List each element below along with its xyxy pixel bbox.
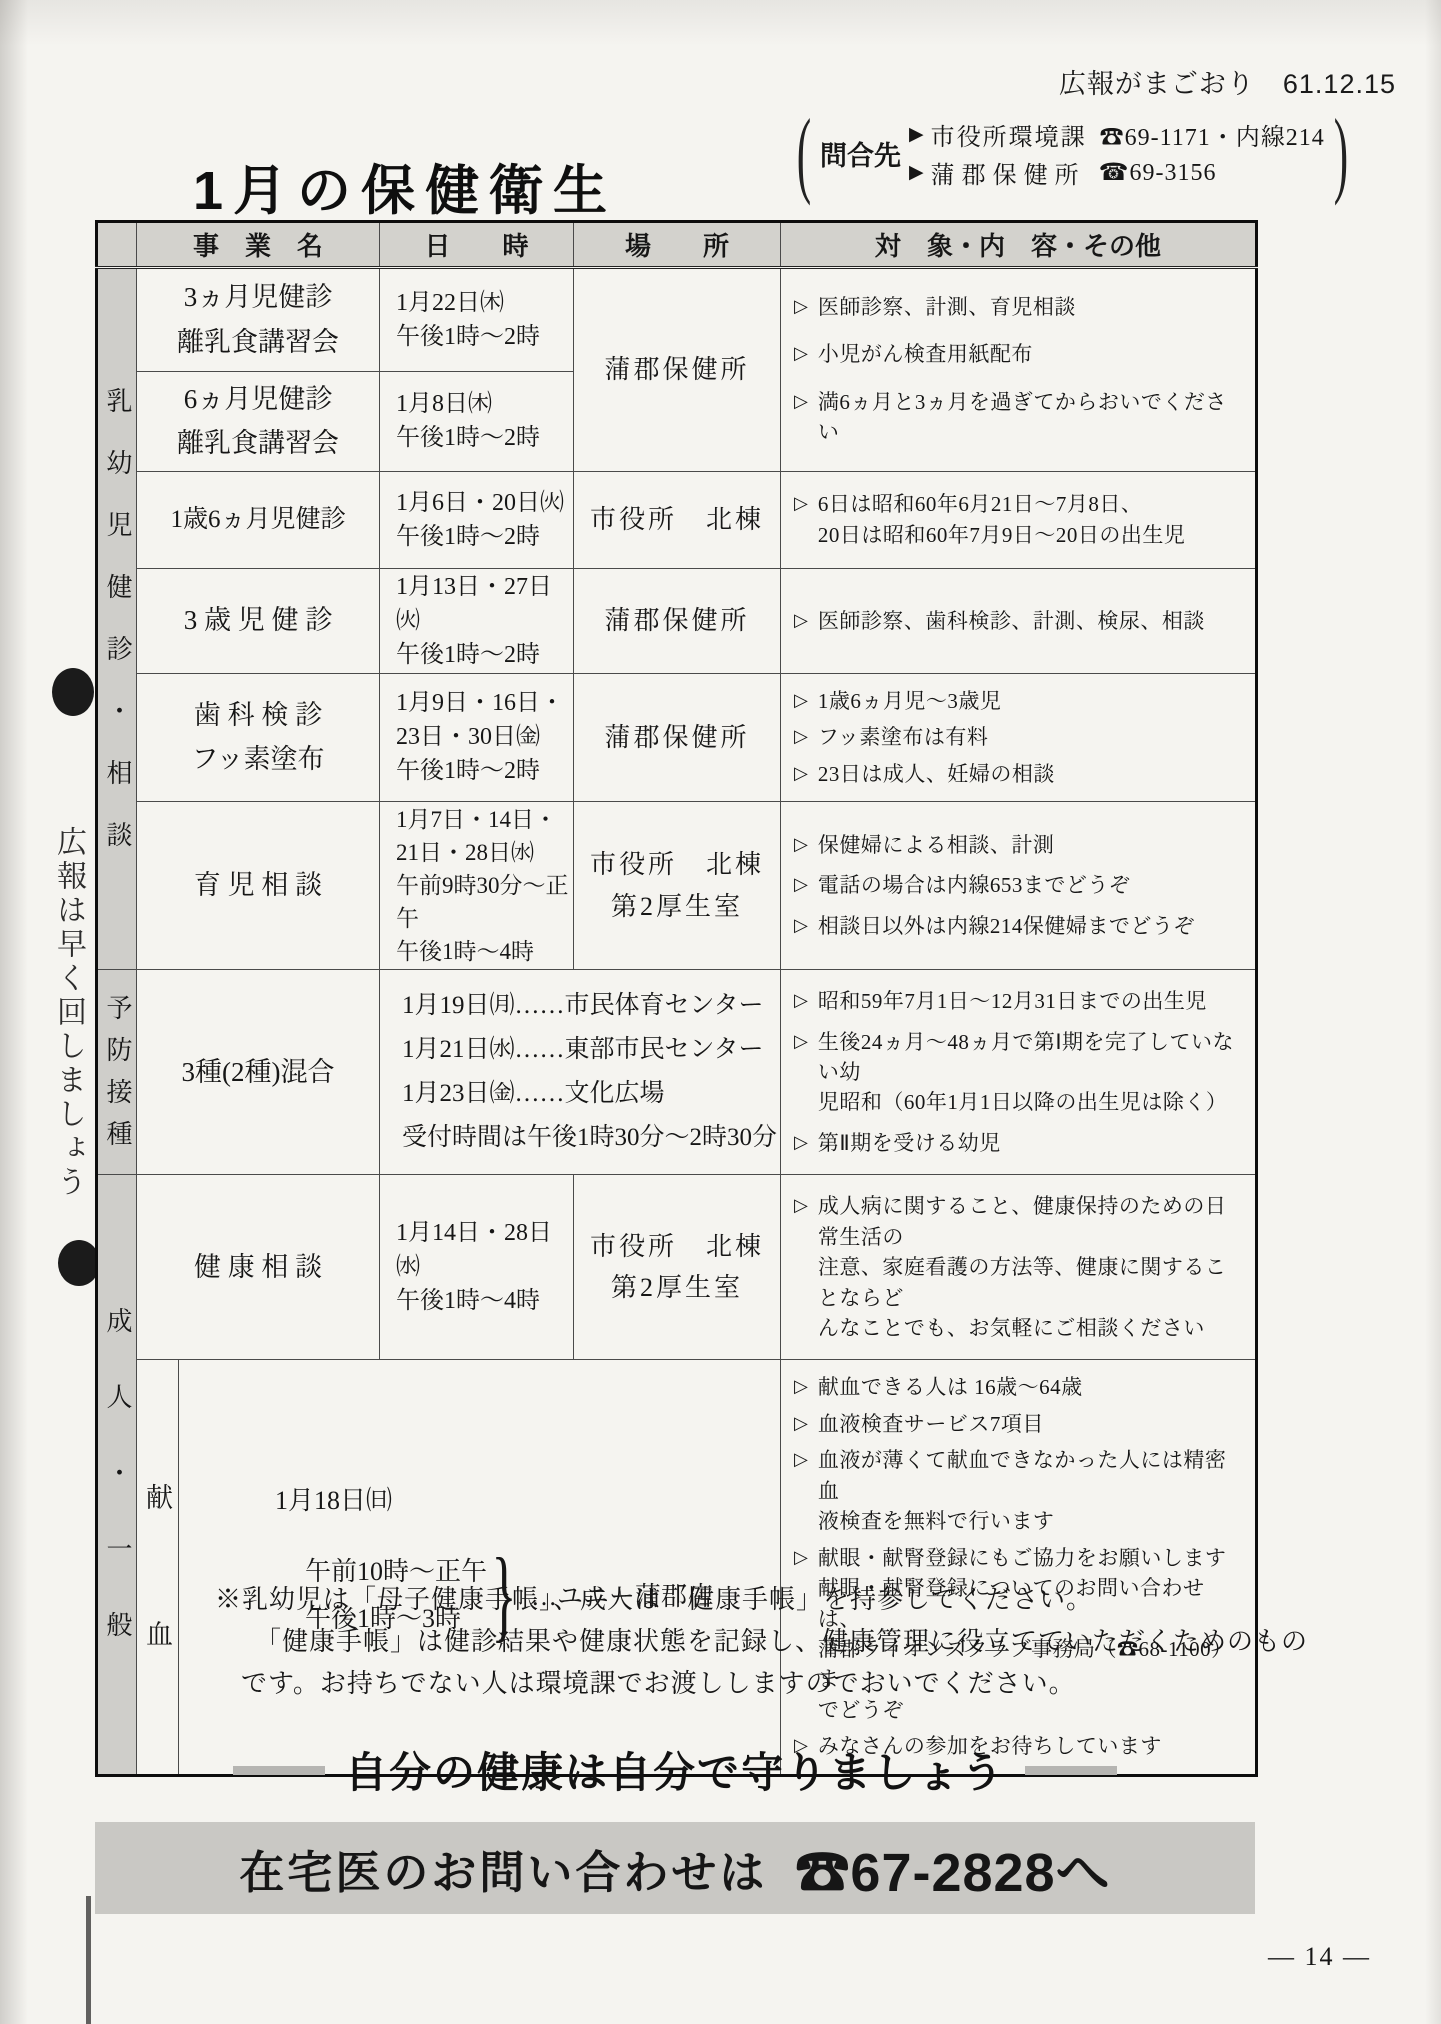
program-place: 蒲郡保健所 <box>574 673 781 801</box>
content-item: ▷ 満6ヵ月と3ヵ月を過ぎてからおいでください <box>794 387 1247 448</box>
program-content: ▷ 医師診察、計測、育児相談 ▷ 小児がん検査用紙配布 ▷ 満6ヵ月と3ヵ月を過… <box>781 268 1257 472</box>
table-row: 成人・一般 健 康 相 談 1月14日・28日㈬ 午後1時〜4時 市役所 北棟 … <box>97 1175 1257 1360</box>
triangle-bullet-icon: ▷ <box>794 1128 808 1157</box>
arrow-icon: ▶ <box>909 123 924 146</box>
program-content: ▷ 献血できる人は 16歳〜64歳 ▷ 血液検査サービス7項目 ▷ 血液が薄くて… <box>781 1360 1257 1775</box>
page-title: 1月の保健衛生 <box>193 148 617 225</box>
content-item: ▷ 献血できる人は 16歳〜64歳 <box>794 1372 1247 1402</box>
arrow-icon: ▶ <box>909 161 924 184</box>
column-header-category <box>97 222 137 268</box>
content-item: ▷ 血液検査サービス7項目 <box>794 1409 1247 1439</box>
contact-label: 問合先 <box>820 134 901 173</box>
contact-line-city-hall: ▶ 市役所環境課 ☎69-1171・内線214 <box>909 117 1325 152</box>
content-item: ▷ 生後24ヵ月〜48ヵ月で第Ⅰ期を完了していない幼 児昭和（60年1月1日以降… <box>794 1027 1247 1118</box>
triangle-bullet-icon: ▷ <box>794 1372 808 1401</box>
program-datetime: 1月7日・14日・ 21日・28日㈬ 午前9時30分〜正午 午後1時〜4時 <box>380 802 574 970</box>
program-place: 市役所 北棟 <box>574 471 781 568</box>
column-header-place: 場 所 <box>574 222 781 268</box>
column-header-datetime: 日 時 <box>380 222 574 268</box>
punch-hole-dot <box>52 668 94 716</box>
category-cell-vaccination: 予防接種 <box>97 970 137 1175</box>
category-label: 成人・一般 <box>99 1307 136 1687</box>
program-name: 3種(2種)混合 <box>137 970 380 1175</box>
triangle-bullet-icon: ▷ <box>794 292 808 321</box>
table-row: 育 児 相 談 1月7日・14日・ 21日・28日㈬ 午前9時30分〜正午 午後… <box>97 802 1257 970</box>
category-label: 乳幼児健診・相談 <box>99 387 136 883</box>
program-place: 蒲郡保健所 <box>574 568 781 673</box>
table-row: 1歳6ヵ月児健診 1月6日・20日㈫ 午後1時〜2時 市役所 北棟 ▷ 6日は昭… <box>97 471 1257 568</box>
table-row: 歯 科 検 診 フッ素塗布 1月9日・16日・ 23日・30日㈮ 午後1時〜2時… <box>97 673 1257 801</box>
category-cell-blood-donation: 献血 <box>137 1360 179 1775</box>
triangle-bullet-icon: ▷ <box>794 1191 808 1220</box>
program-datetime: 1月9日・16日・ 23日・30日㈮ 午後1時〜2時 <box>380 673 574 801</box>
triangle-bullet-icon: ▷ <box>794 387 808 416</box>
slogan-text: 自分の健康は自分で守りましょう <box>345 1740 1005 1800</box>
column-header-content: 対 象・内 容・その他 <box>781 222 1257 268</box>
content-item: ▷ 第Ⅱ期を受ける幼児 <box>794 1128 1247 1158</box>
triangle-bullet-icon: ▷ <box>794 722 808 751</box>
header-date: 広報がまごおり 61.12.15 <box>1000 62 1396 101</box>
program-content: ▷ 成人病に関すること、健康保持のための日常生活の 注意、家庭看護の方法等、健康… <box>781 1175 1257 1360</box>
content-item: ▷ 電話の場合は内線653までどうぞ <box>794 870 1247 900</box>
program-content: ▷ 昭和59年7月1日〜12月31日までの出生児 ▷ 生後24ヵ月〜48ヵ月で第… <box>781 970 1257 1175</box>
program-name: 育 児 相 談 <box>137 802 380 970</box>
content-item: ▷ フッ素塗布は有料 <box>794 722 1247 752</box>
table-row: 献血 1月18日㈰ 午前10時〜正午 午後1時〜3時 } …ユニー蒲郡店 <box>97 1360 1257 1775</box>
contact-phone: ☎69-3156 <box>1099 158 1217 187</box>
content-item: ▷ 血液が薄くて献血できなかった人には精密血 液検査を無料で行います <box>794 1445 1247 1536</box>
program-datetime: 1月6日・20日㈫ 午後1時〜2時 <box>380 471 574 568</box>
category-cell-adult: 成人・一般 <box>97 1175 137 1775</box>
program-name: 歯 科 検 診 フッ素塗布 <box>137 673 380 801</box>
program-name: 3ヵ月児健診 離乳食講習会 <box>137 268 380 372</box>
program-content: ▷ 保健婦による相談、計測 ▷ 電話の場合は内線653までどうぞ ▷ 相談日以外… <box>781 802 1257 970</box>
program-name: 6ヵ月児健診 離乳食講習会 <box>137 371 380 471</box>
program-content: ▷ 6日は昭和60年6月21日〜7月8日、 20日は昭和60年7月9日〜20日の… <box>781 471 1257 568</box>
contact-name: 蒲郡保健所 <box>931 155 1086 190</box>
close-paren: ) <box>1333 110 1347 196</box>
content-item: ▷ 23日は成人、妊婦の相談 <box>794 759 1247 789</box>
program-name: 3 歳 児 健 診 <box>137 568 380 673</box>
side-note-vertical: 広報は早く回しましょう <box>46 826 90 1200</box>
content-item: ▷ 1歳6ヵ月児〜3歳児 <box>794 686 1247 716</box>
table-row: 乳幼児健診・相談 3ヵ月児健診 離乳食講習会 1月22日㈭ 午後1時〜2時 蒲郡… <box>97 268 1257 372</box>
content-item: ▷ 成人病に関すること、健康保持のための日常生活の 注意、家庭看護の方法等、健康… <box>794 1191 1247 1343</box>
triangle-bullet-icon: ▷ <box>794 1543 808 1572</box>
triangle-bullet-icon: ▷ <box>794 870 808 899</box>
category-cell-infant: 乳幼児健診・相談 <box>97 268 137 970</box>
blood-donation-schedule: 1月18日㈰ 午前10時〜正午 午後1時〜3時 } …ユニー蒲郡店 <box>179 1360 781 1775</box>
program-place: 市役所 北棟 第2厚生室 <box>574 1175 781 1360</box>
content-item: ▷ 相談日以外は内線214保健婦までどうぞ <box>794 911 1247 941</box>
program-datetime: 1月22日㈭ 午後1時〜2時 <box>380 268 574 372</box>
program-datetime-place: 1月19日㈪……市民体育センター 1月21日㈬……東部市民センター 1月23日㈮… <box>380 970 781 1175</box>
category-label: 予防接種 <box>99 994 136 1162</box>
table-header-row: 事 業 名 日 時 場 所 対 象・内 容・その他 <box>97 222 1257 268</box>
triangle-bullet-icon: ▷ <box>794 1027 808 1056</box>
program-name: 健 康 相 談 <box>137 1175 380 1360</box>
blood-donation-date: 1月18日㈰ <box>275 1480 779 1517</box>
footnote-line: です。お持ちでない人は環境課でお渡ししますのでおいでください。 <box>215 1662 1315 1704</box>
program-place: 市役所 北棟 第2厚生室 <box>574 802 781 970</box>
program-name: 1歳6ヵ月児健診 <box>137 471 380 568</box>
category-label: 献血 <box>138 1483 177 1757</box>
content-item: ▷ 保健婦による相談、計測 <box>794 830 1247 860</box>
content-item: ▷ 6日は昭和60年6月21日〜7月8日、 20日は昭和60年7月9日〜20日の… <box>794 489 1247 550</box>
footnote-line: 「健康手帳」は健診結果や健康状態を記録し、健康管理に役立てていただくためのもの <box>215 1620 1315 1662</box>
triangle-bullet-icon: ▷ <box>794 1445 808 1474</box>
banner-text: 在宅医のお問い合わせは <box>239 1836 767 1901</box>
program-content: ▷ 1歳6ヵ月児〜3歳児 ▷ フッ素塗布は有料 ▷ 23日は成人、妊婦の相談 <box>781 673 1257 801</box>
program-datetime: 1月13日・27日㈫ 午後1時〜2時 <box>380 568 574 673</box>
triangle-bullet-icon: ▷ <box>794 759 808 788</box>
content-item: ▷ 小児がん検査用紙配布 <box>794 339 1247 369</box>
phone-banner: 在宅医のお問い合わせは ☎67-2828へ <box>95 1822 1255 1914</box>
content-item: ▷ 医師診察、計測、育児相談 <box>794 292 1247 322</box>
contact-lines: ▶ 市役所環境課 ☎69-1171・内線214 ▶ 蒲郡保健所 ☎69-3156 <box>909 117 1325 190</box>
program-content: ▷ 医師診察、歯科検診、計測、検尿、相談 <box>781 568 1257 673</box>
program-datetime: 1月8日㈭ 午後1時〜2時 <box>380 371 574 471</box>
content-item: ▷ 昭和59年7月1日〜12月31日までの出生児 <box>794 986 1247 1016</box>
content-item: ▷ 医師診察、歯科検診、計測、検尿、相談 <box>794 606 1247 636</box>
program-datetime: 1月14日・28日㈬ 午後1時〜4時 <box>380 1175 574 1360</box>
footnote-line: ※乳幼児は「母子健康手帳」、成人は「健康手帳」を持参してください。 <box>215 1578 1315 1620</box>
triangle-bullet-icon: ▷ <box>794 830 808 859</box>
banner-phone-number: ☎67-2828へ <box>795 1830 1110 1907</box>
column-header-program: 事 業 名 <box>137 222 380 268</box>
table-row: 3 歳 児 健 診 1月13日・27日㈫ 午後1時〜2時 蒲郡保健所 ▷ 医師診… <box>97 568 1257 673</box>
slogan-right-bar <box>1025 1766 1117 1775</box>
contact-line-health-center: ▶ 蒲郡保健所 ☎69-3156 <box>909 155 1325 190</box>
open-paren: ( <box>797 110 811 196</box>
contact-name: 市役所環境課 <box>931 117 1087 152</box>
triangle-bullet-icon: ▷ <box>794 339 808 368</box>
contact-box: ( 問合先 ▶ 市役所環境課 ☎69-1171・内線214 ▶ 蒲郡保健所 ☎6… <box>788 110 1357 196</box>
footnotes: ※乳幼児は「母子健康手帳」、成人は「健康手帳」を持参してください。 「健康手帳」… <box>215 1578 1315 1704</box>
page-edge-shadow <box>86 1896 91 2024</box>
contact-phone: ☎69-1171・内線214 <box>1100 117 1325 152</box>
table-row: 予防接種 3種(2種)混合 1月19日㈪……市民体育センター 1月21日㈬……東… <box>97 970 1257 1175</box>
triangle-bullet-icon: ▷ <box>794 986 808 1015</box>
triangle-bullet-icon: ▷ <box>794 686 808 715</box>
triangle-bullet-icon: ▷ <box>794 911 808 940</box>
health-schedule-table: 事 業 名 日 時 場 所 対 象・内 容・その他 乳幼児健診・相談 3ヵ月児健… <box>95 220 1258 1777</box>
program-place: 蒲郡保健所 <box>574 268 781 472</box>
page-number: — 14 — <box>1268 1942 1371 1972</box>
newsletter-page: 広報は早く回しましょう 広報がまごおり 61.12.15 1月の保健衛生 ( 問… <box>0 0 1441 2024</box>
punch-hole-dot <box>58 1240 100 1286</box>
slogan-left-bar <box>233 1766 325 1775</box>
health-slogan: 自分の健康は自分で守りましょう <box>95 1740 1255 1800</box>
triangle-bullet-icon: ▷ <box>794 1409 808 1438</box>
triangle-bullet-icon: ▷ <box>794 489 808 518</box>
triangle-bullet-icon: ▷ <box>794 606 808 635</box>
